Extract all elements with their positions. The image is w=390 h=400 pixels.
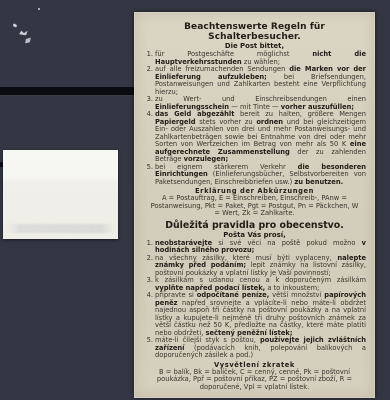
photo-background: Beachtenswerte Regeln für Schalterbesuch… xyxy=(0,0,390,400)
scratch-speck xyxy=(18,29,28,37)
scratch-speck xyxy=(13,23,18,27)
leaflet-paper: Beachtenswerte Regeln für Schalterbesuch… xyxy=(134,12,375,398)
faint-impression xyxy=(7,224,114,233)
rule-item: 3.zu Wert- und Einschreibsendungen einen… xyxy=(143,96,366,111)
rule-number: 3. xyxy=(143,277,155,292)
rule-text: máte-li čilejší styk s poštou, používejt… xyxy=(155,337,366,360)
german-abbr-text: A = Postauftrag, E = Einschreiben, Einsc… xyxy=(143,195,366,218)
rule-item: 5.máte-li čilejší styk s poštou, používe… xyxy=(143,337,366,360)
czech-section: Důležitá pravidla pro obecenstvo. Pošta … xyxy=(143,220,366,392)
rule-item: 5.bei eignem stärkerem Verkehr die beson… xyxy=(143,164,366,187)
rule-item: 2.na všechny zásilky, které musí býti vy… xyxy=(143,255,366,278)
german-rules-list: 1.für Postgeschäfte möglichst nicht die … xyxy=(143,51,366,186)
rule-number: 4. xyxy=(143,111,155,164)
rule-item: 4.das Geld abgezählt bereit zu halten, g… xyxy=(143,111,366,164)
album-stripe xyxy=(0,87,137,95)
scratch-speck xyxy=(38,8,40,10)
rule-text: neobstarávejte si své věci na poště poku… xyxy=(155,240,366,255)
rule-item: 4.připravte si odpočítané peníze, větší … xyxy=(143,292,366,337)
blank-stamp-item xyxy=(3,150,118,239)
rule-number: 3. xyxy=(143,96,155,111)
rule-number: 1. xyxy=(143,240,155,255)
rule-number: 2. xyxy=(143,255,155,278)
czech-rules-list: 1.neobstarávejte si své věci na poště po… xyxy=(143,240,366,360)
rule-number: 5. xyxy=(143,164,155,187)
czech-abbr-text: B = balík, Bk = balíček, C = cenný, cenn… xyxy=(143,369,366,392)
german-section: Beachtenswerte Regeln für Schalterbesuch… xyxy=(143,22,366,218)
rule-number: 1. xyxy=(143,51,155,66)
rule-item: 2.auf alle freizumachenden Sendungen die… xyxy=(143,66,366,96)
rule-text: das Geld abgezählt bereit zu halten, grö… xyxy=(155,111,366,164)
leaflet-title-czech: Důležitá pravidla pro obecenstvo. xyxy=(143,220,366,231)
rule-item: 1.für Postgeschäfte möglichst nicht die … xyxy=(143,51,366,66)
rule-text: für Postgeschäfte möglichst nicht die Ha… xyxy=(155,51,366,66)
rule-text: k zásilkám s udanou cenou a k doporučený… xyxy=(155,277,366,292)
rule-text: auf alle freizumachenden Sendungen die M… xyxy=(155,66,366,96)
rule-item: 1.neobstarávejte si své věci na poště po… xyxy=(143,240,366,255)
scratch-speck xyxy=(23,36,32,45)
rule-number: 5. xyxy=(143,337,155,360)
leaflet-subtitle-czech: Pošta Vás prosí, xyxy=(143,231,366,239)
rule-text: bei eignem stärkerem Verkehr die besonde… xyxy=(155,164,366,187)
rule-item: 3.k zásilkám s udanou cenou a k doporuče… xyxy=(143,277,366,292)
rule-text: na všechny zásilky, které musí býti vypl… xyxy=(155,255,366,278)
rule-number: 4. xyxy=(143,292,155,337)
rule-number: 2. xyxy=(143,66,155,96)
leaflet-title-german: Beachtenswerte Regeln für Schalterbesuch… xyxy=(143,22,366,42)
rule-text: zu Wert- und Einschreibsendungen einen E… xyxy=(155,96,366,111)
leaflet-subtitle-german: Die Post bittet, xyxy=(143,42,366,50)
rule-text: připravte si odpočítané peníze, větší mn… xyxy=(155,292,366,337)
